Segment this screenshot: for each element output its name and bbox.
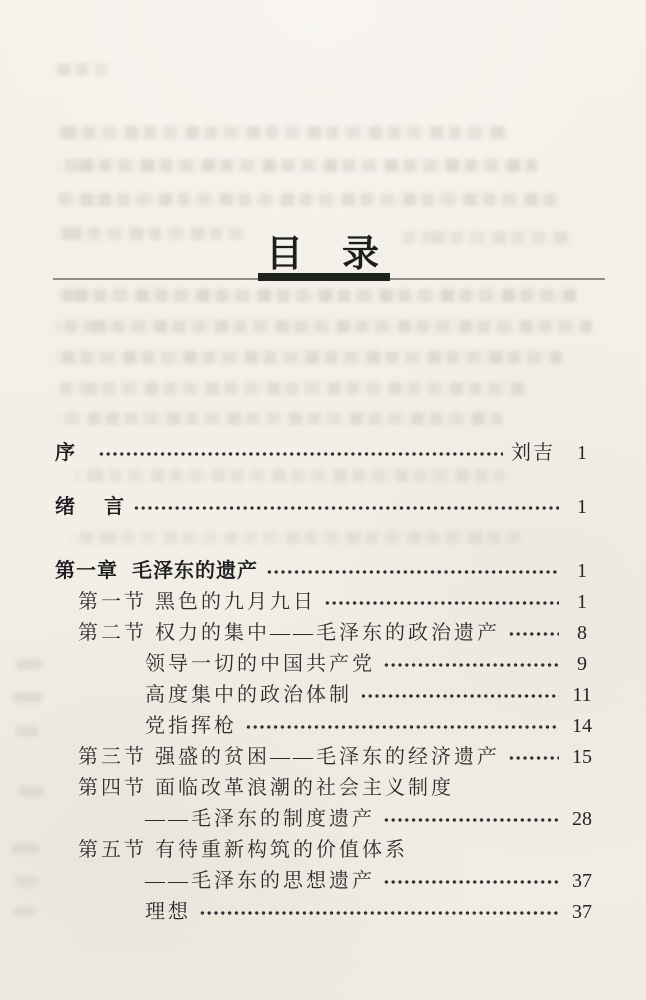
bleedthrough-mark (18, 786, 44, 797)
entry-prefix: 第五节 (78, 839, 147, 861)
bleedthrough-line (57, 126, 507, 139)
entry-page-number: 1 (567, 496, 597, 518)
dot-leader (98, 450, 503, 458)
entry-title: 领导一切的中国共产党 (145, 653, 375, 675)
toc-entry: 高度集中的政治体制11 (55, 684, 597, 706)
entry-prefix: 第四节 (78, 777, 147, 799)
entry-page-number: 14 (567, 715, 597, 737)
entry-prefix: 序 (55, 442, 76, 464)
bleedthrough-line (57, 63, 107, 76)
entry-title: 理想 (145, 901, 191, 923)
bleedthrough-line (57, 351, 562, 364)
toc-entry: 第一章毛泽东的遗产1 (55, 560, 597, 582)
dot-leader (383, 878, 559, 886)
bleedthrough-line (57, 289, 577, 302)
dot-leader (266, 568, 559, 576)
toc-entry: 第三节强盛的贫困——毛泽东的经济遗产15 (55, 746, 597, 768)
dot-leader (383, 661, 559, 669)
entry-page-number: 37 (567, 901, 597, 923)
title-underline-thick (258, 273, 390, 281)
entry-page-number: 9 (567, 653, 597, 675)
dot-leader (245, 723, 559, 731)
toc-entry: ——毛泽东的思想遗产37 (55, 870, 597, 892)
entry-title: ——毛泽东的思想遗产 (145, 870, 375, 892)
toc-entry: 第二节权力的集中——毛泽东的政治遗产8 (55, 622, 597, 644)
toc-section-gap (55, 473, 597, 496)
entry-prefix: 第一节 (78, 591, 147, 613)
entry-title: 有待重新构筑的价值体系 (155, 839, 408, 861)
dot-leader (360, 692, 559, 700)
toc-entry: ——毛泽东的制度遗产28 (55, 808, 597, 830)
bleedthrough-line (57, 320, 592, 333)
toc-list: 序刘吉1绪言1第一章毛泽东的遗产1第一节黑色的九月九日1第二节权力的集中——毛泽… (55, 442, 597, 932)
bleedthrough-mark (15, 726, 39, 737)
toc-entry: 党指挥枪14 (55, 715, 597, 737)
entry-page-number: 1 (567, 442, 597, 464)
dot-leader (508, 630, 559, 638)
toc-entry: 绪言1 (55, 496, 597, 518)
entry-title: 权力的集中——毛泽东的政治遗产 (155, 622, 500, 644)
entry-author: 刘吉 (511, 442, 555, 464)
bleedthrough-mark (13, 906, 35, 917)
entry-title: 言 (104, 496, 125, 518)
bleedthrough-mark (11, 843, 39, 854)
entry-page-number: 28 (567, 808, 597, 830)
entry-page-number: 37 (567, 870, 597, 892)
entry-page-number: 1 (567, 591, 597, 613)
entry-title: ——毛泽东的制度遗产 (145, 808, 375, 830)
toc-entry: 第四节面临改革浪潮的社会主义制度 (55, 777, 597, 799)
bleedthrough-line (57, 193, 562, 206)
entry-page-number: 8 (567, 622, 597, 644)
dot-leader (383, 816, 559, 824)
toc-entry: 理想37 (55, 901, 597, 923)
entry-page-number: 15 (567, 746, 597, 768)
entry-prefix: 绪 (55, 496, 76, 518)
toc-section-gap (55, 527, 597, 560)
entry-title: 强盛的贫困——毛泽东的经济遗产 (155, 746, 500, 768)
bleedthrough-mark (15, 876, 39, 887)
toc-entry: 第五节有待重新构筑的价值体系 (55, 839, 597, 861)
entry-page-number: 11 (567, 684, 597, 706)
dot-leader (508, 754, 559, 762)
entry-title: 毛泽东的遗产 (132, 560, 258, 582)
entry-prefix: 第二节 (78, 622, 147, 644)
toc-entry: 第一节黑色的九月九日1 (55, 591, 597, 613)
toc-entry: 序刘吉1 (55, 442, 597, 464)
dot-leader (133, 504, 559, 512)
dot-leader (199, 909, 559, 917)
dot-leader (324, 599, 559, 607)
entry-title: 党指挥枪 (145, 715, 237, 737)
bleedthrough-line (57, 382, 527, 395)
entry-prefix: 第三节 (78, 746, 147, 768)
bleedthrough-line (57, 412, 502, 425)
page-title: 目 录 (0, 234, 646, 274)
toc-entry: 领导一切的中国共产党9 (55, 653, 597, 675)
bleedthrough-line (57, 159, 537, 172)
entry-page-number: 1 (567, 560, 597, 582)
bleedthrough-mark (12, 692, 42, 703)
entry-prefix: 第一章 (55, 560, 118, 582)
entry-title: 黑色的九月九日 (155, 591, 316, 613)
entry-title: 高度集中的政治体制 (145, 684, 352, 706)
bleedthrough-mark (16, 659, 42, 670)
entry-title: 面临改革浪潮的社会主义制度 (155, 777, 454, 799)
